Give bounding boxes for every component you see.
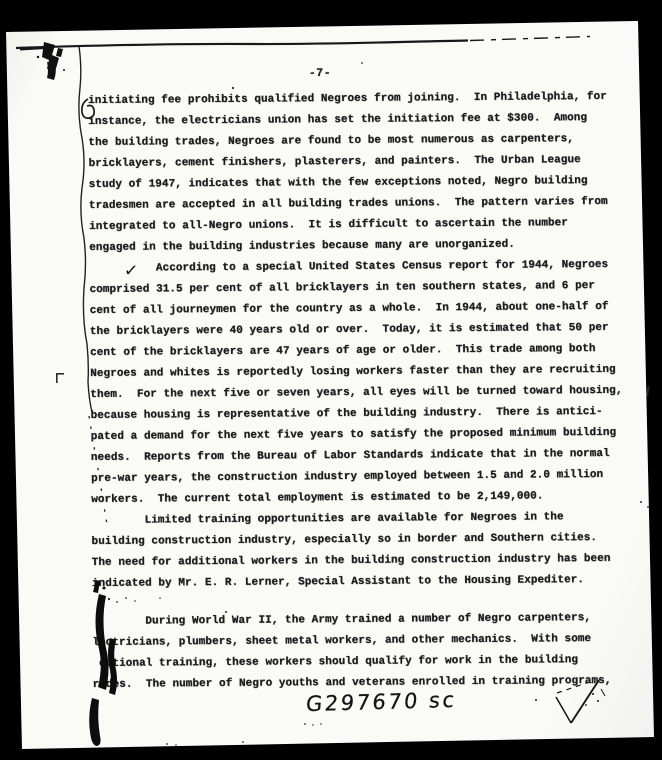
scanned-document-page: -7- initiating fee prohibits qualified N…	[0, 0, 662, 760]
text-line: pre-war years, the construction industry…	[91, 465, 636, 490]
text-line: indicated by Mr. E. R. Lerner, Special A…	[92, 570, 637, 595]
text-line: integrated to all-Negro unions. It is di…	[89, 213, 634, 238]
checkmark-annotation: ✓	[123, 261, 139, 282]
typed-text: initiating fee prohibits qualified Negro…	[88, 87, 638, 696]
page-number: -7-	[280, 67, 360, 81]
handwritten-reference-code: G297670 sc	[305, 688, 458, 716]
